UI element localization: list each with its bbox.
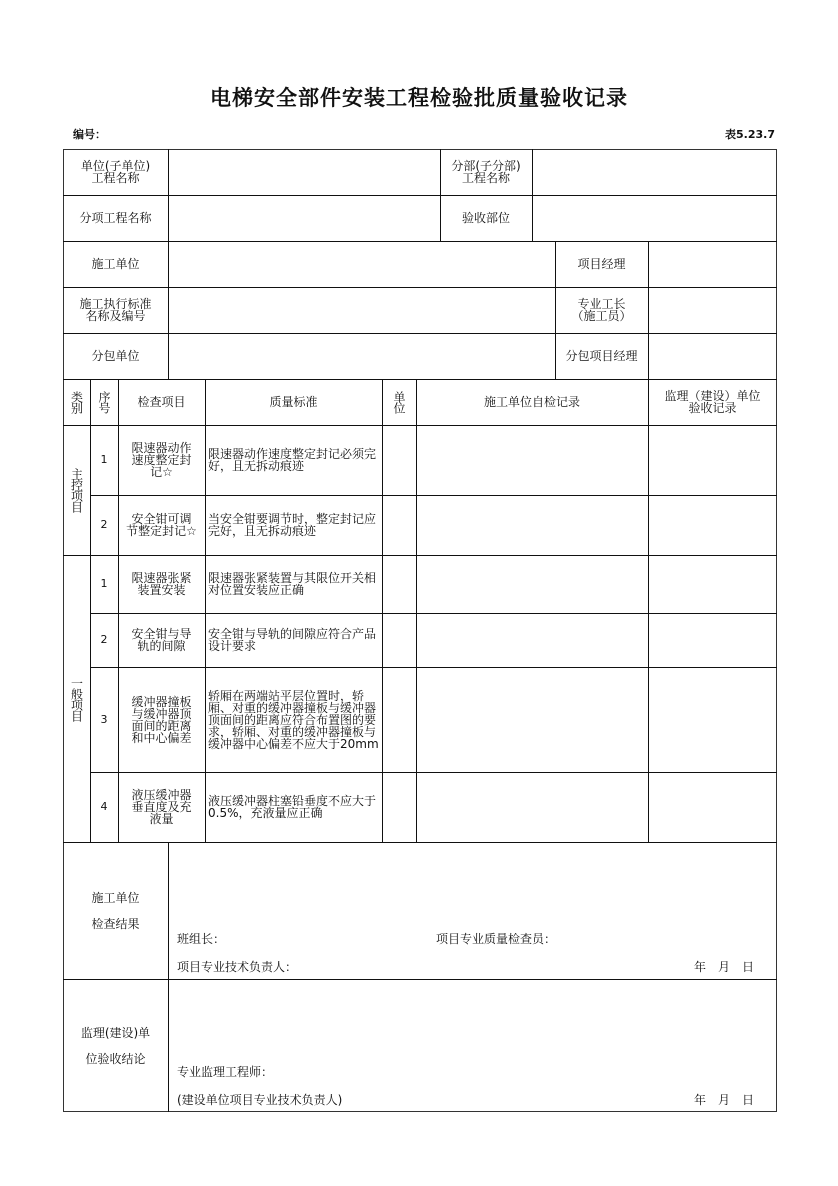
inspection-form: 单位(子单位) 工程名称 分部(子分部) 工程名称 分项工程名称 验收部位 施工… (0, 0, 838, 1186)
row-self-check[interactable] (416, 495, 648, 555)
row-self-check[interactable] (416, 772, 648, 842)
division-project-name-label: 分部(子分部) 工程名称 (440, 149, 532, 195)
subcontractor-field[interactable] (168, 333, 555, 379)
team-leader-label: 班组长： (177, 930, 225, 947)
standard-label: 施工执行标准 名称及编号 (63, 287, 168, 333)
supervision-date: 年 月 日 (694, 1091, 754, 1108)
row-standard: 限速器张紧装置与其限位开关相对位置安装应正确 (205, 555, 382, 613)
row-item: 缓冲器撞板与缓冲器顶面间的距离和中心偏差 (118, 667, 205, 772)
acceptance-location-label: 验收部位 (440, 195, 532, 241)
subcontractor-manager-label: 分包项目经理 (555, 333, 648, 379)
unit-project-name-field[interactable] (168, 149, 440, 195)
row-seq: 4 (90, 772, 118, 842)
row-standard: 当安全钳要调节时，整定封记应完好，且无拆动痕迹 (205, 495, 382, 555)
col-header-supervision: 监理（建设）单位 验收记录 (648, 379, 777, 425)
row-supervision[interactable] (648, 772, 777, 842)
row-unit[interactable] (382, 772, 416, 842)
row-self-check[interactable] (416, 425, 648, 495)
col-header-category: 类别 (63, 379, 90, 425)
foreman-field[interactable] (648, 287, 777, 333)
row-seq: 2 (90, 613, 118, 667)
row-item: 安全钳可调节整定封记☆ (118, 495, 205, 555)
row-item: 液压缓冲器垂直度及充液量 (118, 772, 205, 842)
row-standard: 液压缓冲器柱塞铅垂度不应大于0.5%，充液量应正确 (205, 772, 382, 842)
supervision-conclusion-label: 监理(建设)单 位验收结论 (63, 979, 168, 1112)
row-supervision[interactable] (648, 613, 777, 667)
row-standard: 轿厢在两端站平层位置时，轿厢、对重的缓冲器撞板与缓冲器顶面间的距离应符合布置图的… (205, 667, 382, 772)
col-header-standard: 质量标准 (205, 379, 382, 425)
construction-unit-label: 施工单位 (63, 241, 168, 287)
row-seq: 1 (90, 425, 118, 495)
row-supervision[interactable] (648, 667, 777, 772)
project-manager-field[interactable] (648, 241, 777, 287)
row-item: 限速器动作速度整定封记☆ (118, 425, 205, 495)
category-general: 一般项目 (63, 555, 90, 842)
project-manager-label: 项目经理 (555, 241, 648, 287)
row-seq: 3 (90, 667, 118, 772)
supervision-engineer-label: 专业监理工程师： (177, 1063, 273, 1080)
quality-inspector-label: 项目专业质量检查员： (436, 930, 556, 947)
construction-result-label: 施工单位 检查结果 (63, 842, 168, 979)
col-header-category-text: 类别 (71, 391, 83, 413)
subitem-project-name-field[interactable] (168, 195, 440, 241)
row-standard: 限速器动作速度整定封记必须完好，且无拆动痕迹 (205, 425, 382, 495)
foreman-label: 专业工长 （施工员） (555, 287, 648, 333)
row-unit[interactable] (382, 555, 416, 613)
row-supervision[interactable] (648, 495, 777, 555)
row-seq: 1 (90, 555, 118, 613)
row-self-check[interactable] (416, 555, 648, 613)
row-unit[interactable] (382, 425, 416, 495)
subitem-project-name-label: 分项工程名称 (63, 195, 168, 241)
division-project-name-field[interactable] (532, 149, 777, 195)
col-header-unit: 单位 (382, 379, 416, 425)
standard-field[interactable] (168, 287, 555, 333)
row-supervision[interactable] (648, 425, 777, 495)
subcontractor-label: 分包单位 (63, 333, 168, 379)
category-main-control-text: 主控项目 (71, 468, 83, 512)
construction-date: 年 月 日 (694, 958, 754, 975)
col-header-item: 检查项目 (118, 379, 205, 425)
row-supervision[interactable] (648, 555, 777, 613)
supervision-conclusion-field[interactable] (168, 979, 777, 1059)
subcontractor-manager-field[interactable] (648, 333, 777, 379)
row-unit[interactable] (382, 613, 416, 667)
construction-unit-field[interactable] (168, 241, 555, 287)
col-header-seq-text: 序号 (98, 391, 110, 413)
tech-lead-label: 项目专业技术负责人： (177, 958, 297, 975)
col-header-self-check: 施工单位自检记录 (416, 379, 648, 425)
row-item: 安全钳与导轨的间隙 (118, 613, 205, 667)
row-self-check[interactable] (416, 613, 648, 667)
category-main-control: 主控项目 (63, 425, 90, 555)
row-seq: 2 (90, 495, 118, 555)
construction-result-field[interactable] (168, 842, 777, 922)
acceptance-location-field[interactable] (532, 195, 777, 241)
row-self-check[interactable] (416, 667, 648, 772)
col-header-seq: 序号 (90, 379, 118, 425)
row-standard: 安全钳与导轨的间隙应符合产品设计要求 (205, 613, 382, 667)
row-unit[interactable] (382, 495, 416, 555)
category-general-text: 一般项目 (71, 677, 83, 721)
row-item: 限速器张紧装置安装 (118, 555, 205, 613)
unit-project-name-label: 单位(子单位) 工程名称 (63, 149, 168, 195)
row-unit[interactable] (382, 667, 416, 772)
owner-rep-label: (建设单位项目专业技术负责人) (177, 1091, 342, 1108)
col-header-unit-text: 单位 (393, 391, 405, 413)
